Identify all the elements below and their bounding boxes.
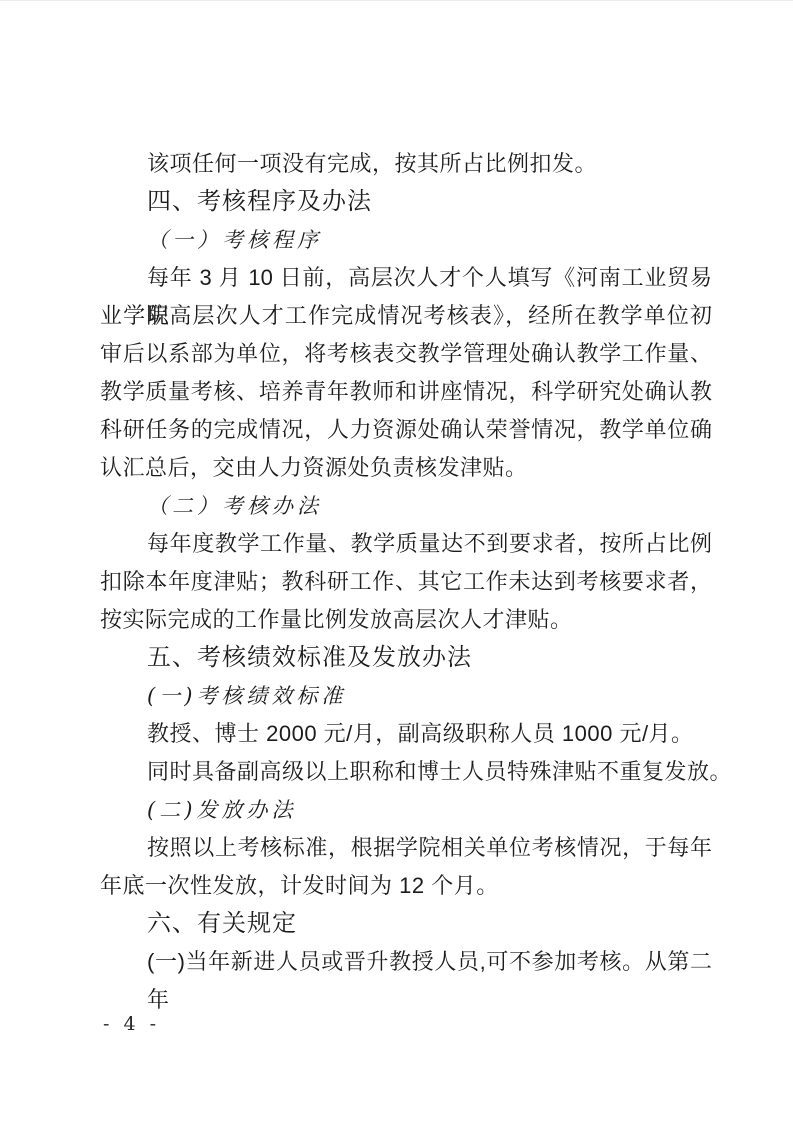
page-number: - 4 - [103,1013,160,1035]
document-page: 该项任何一项没有完成，按其所占比例扣发。四、考核程序及办法（一）考核程序每年 3… [0,0,793,1123]
subsection-heading: (一)考核绩效标准 [100,677,712,715]
body-text-line: 按实际完成的工作量比例发放高层次人才津贴。 [100,601,712,639]
section-heading: 六、有关规定 [100,905,712,943]
body-text-line: 年底一次性发放，计发时间为 12 个月。 [100,867,712,905]
body-text-line: 审后以系部为单位，将考核表交教学管理处确认教学工作量、 [100,335,712,373]
document-body: 该项任何一项没有完成，按其所占比例扣发。四、考核程序及办法（一）考核程序每年 3… [100,145,712,981]
body-text-line: 该项任何一项没有完成，按其所占比例扣发。 [100,145,712,183]
body-text-line: (一)当年新进人员或晋升教授人员,可不参加考核。从第二年 [100,943,712,981]
body-text-line: 教授、博士 2000 元/月，副高级职称人员 1000 元/月。 [100,715,712,753]
subsection-heading: （二）考核办法 [100,487,712,525]
subsection-heading: （一）考核程序 [100,221,712,259]
body-text-line: 按照以上考核标准，根据学院相关单位考核情况，于每年 [100,829,712,867]
section-heading: 五、考核绩效标准及发放办法 [100,639,712,677]
body-text-line: 教学质量考核、培养青年教师和讲座情况，科学研究处确认教 [100,373,712,411]
body-text-line: 认汇总后，交由人力资源处负责核发津贴。 [100,449,712,487]
section-heading: 四、考核程序及办法 [100,183,712,221]
body-text-line: 同时具备副高级以上职称和博士人员特殊津贴不重复发放。 [100,753,712,791]
body-text-line: 科研任务的完成情况，人力资源处确认荣誉情况，教学单位确 [100,411,712,449]
body-text-line: 每年 3 月 10 日前，高层次人才个人填写《河南工业贸易职 [100,259,712,297]
subsection-heading: (二)发放办法 [100,791,712,829]
body-text-line: 每年度教学工作量、教学质量达不到要求者，按所占比例 [100,525,712,563]
body-text-line: 业学院高层次人才工作完成情况考核表》，经所在教学单位初 [100,297,712,335]
body-text-line: 扣除本年度津贴；教科研工作、其它工作未达到考核要求者， [100,563,712,601]
